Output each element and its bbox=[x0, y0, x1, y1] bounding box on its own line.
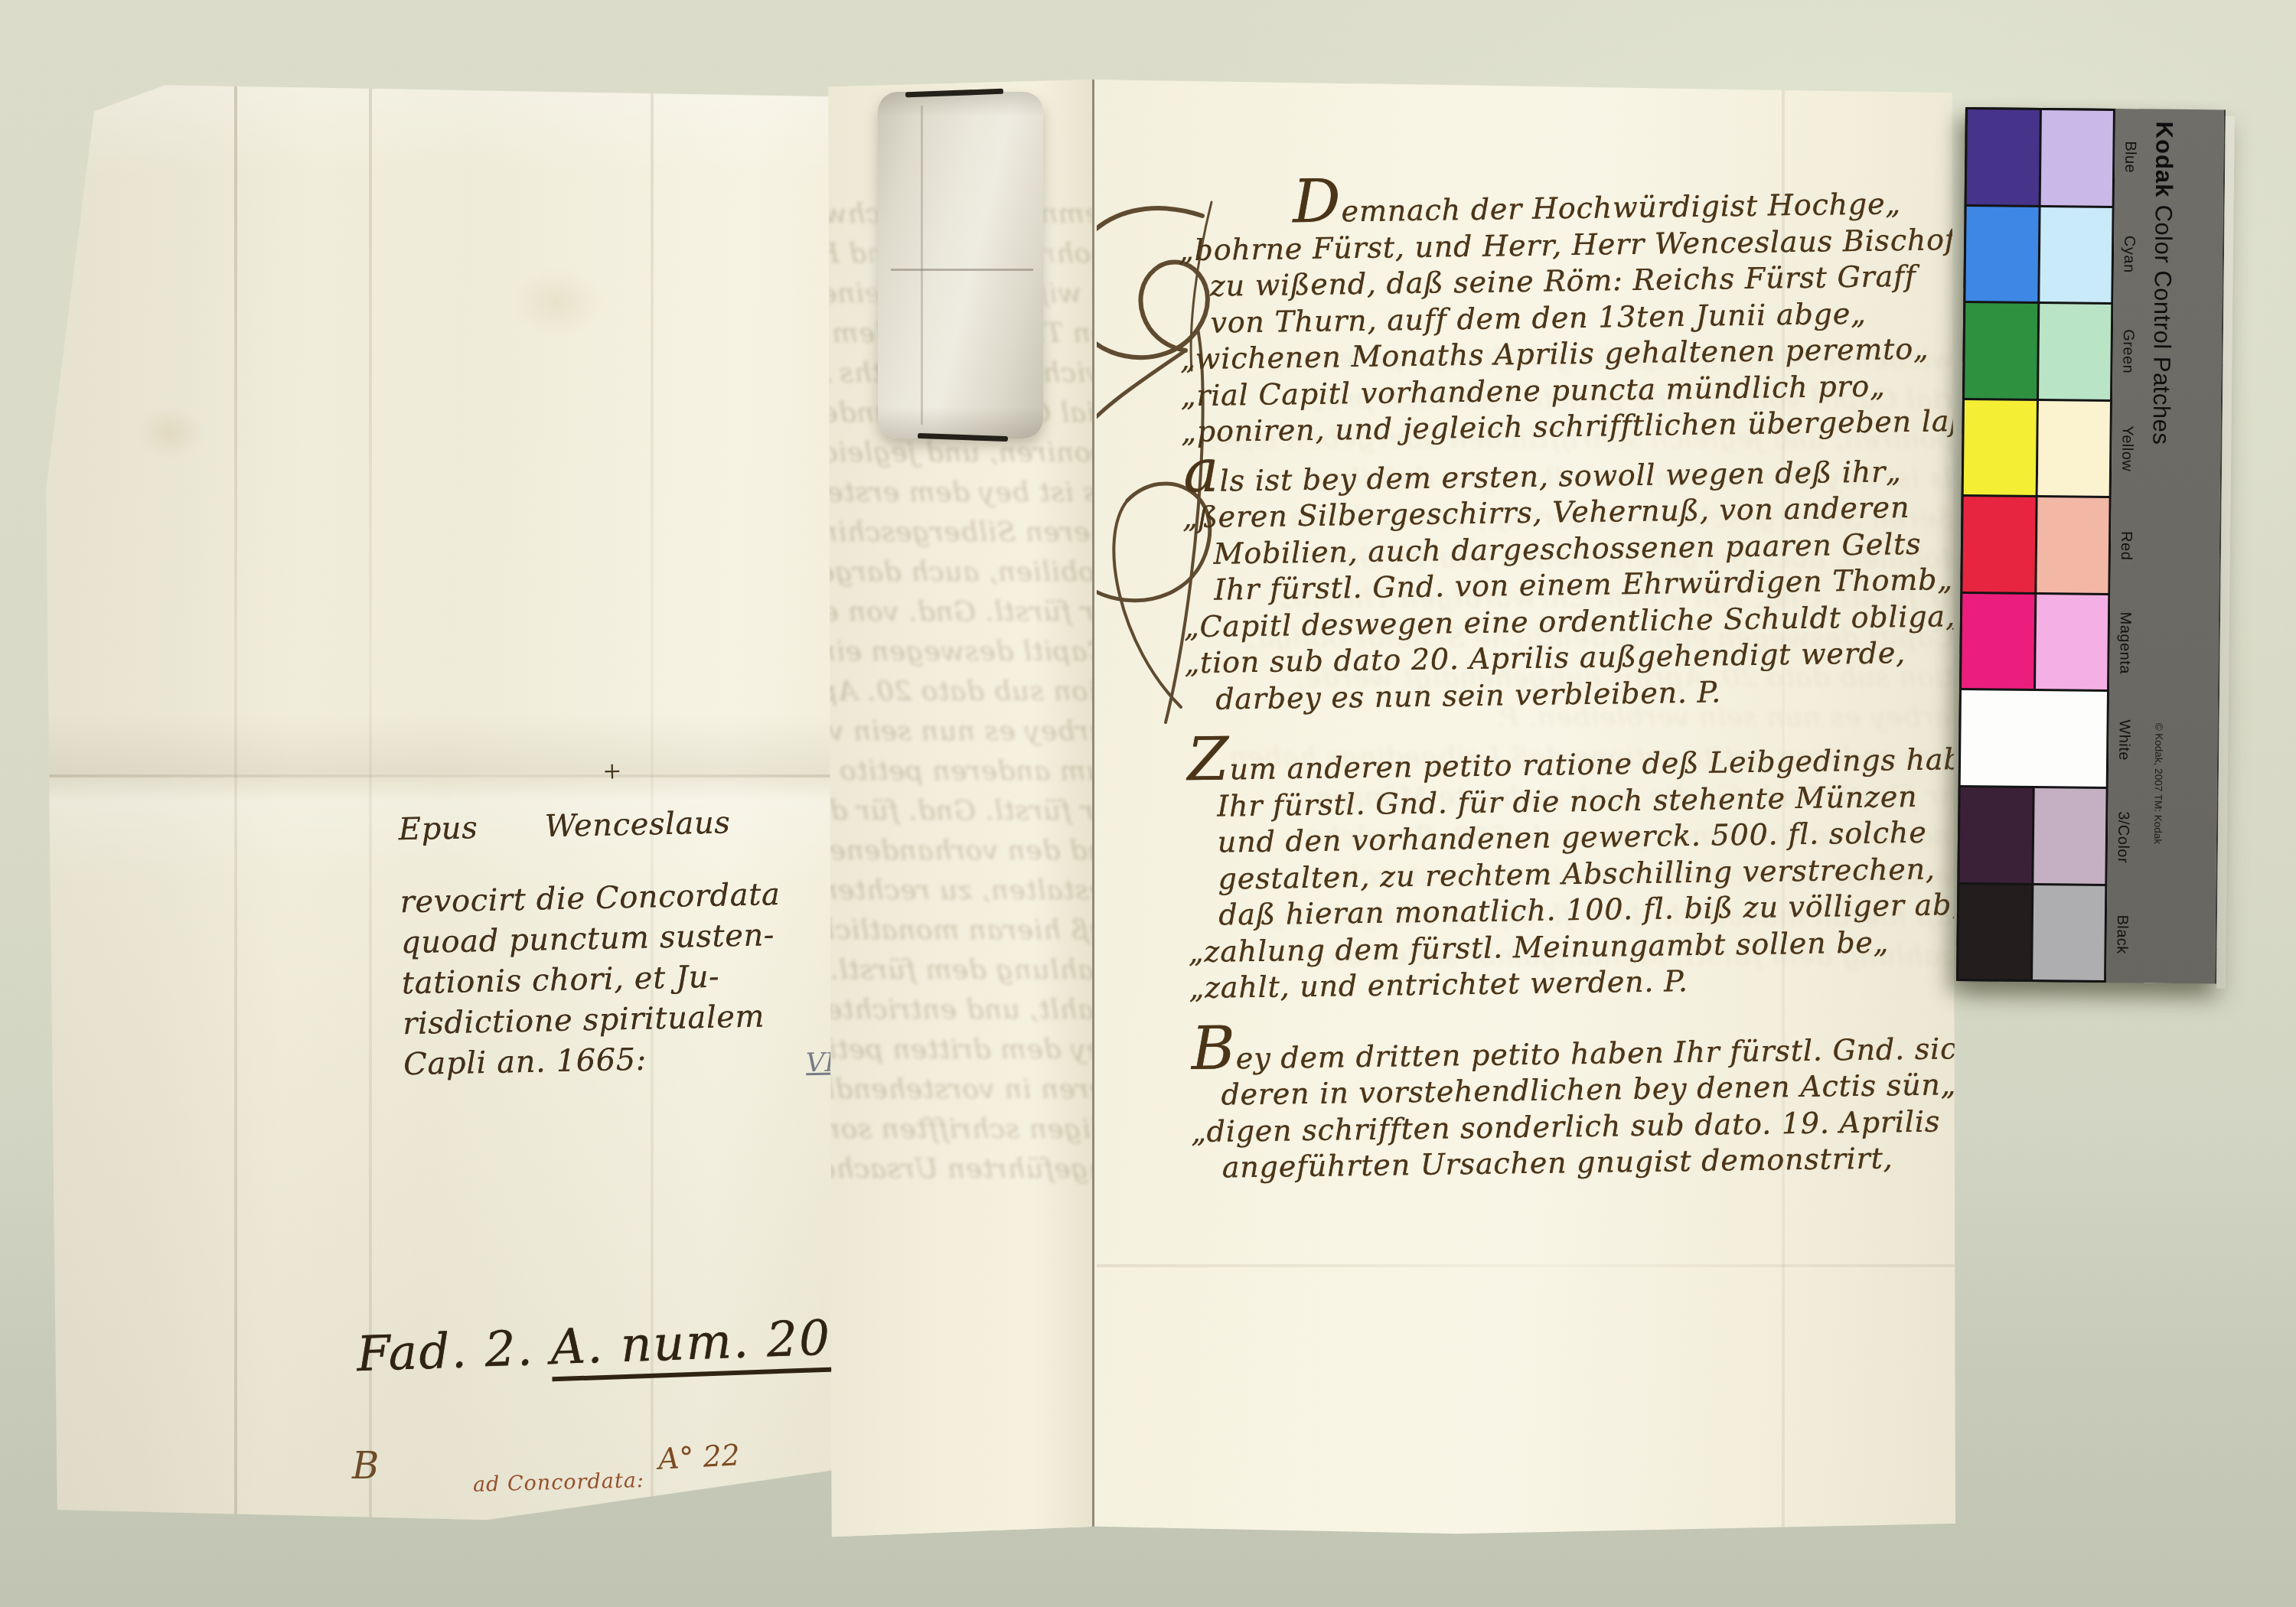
patch-label-yellow: Yellow bbox=[2118, 425, 2136, 471]
seal-seam bbox=[921, 106, 923, 425]
color-patch-row bbox=[1962, 497, 2108, 595]
color-patch-black-light bbox=[2033, 885, 2105, 980]
dorsal-title-block: + Epus Wenceslausrevocirt die Concordata… bbox=[398, 800, 863, 1085]
patch-label-white: White bbox=[2115, 719, 2133, 761]
bleedthrough-line: darbey es nun sein verbleiben. P. bbox=[825, 712, 1094, 751]
color-patch-green-dark bbox=[1965, 303, 2040, 399]
cross-mark: + bbox=[602, 758, 622, 785]
color-patch-row bbox=[1958, 884, 2105, 980]
bleedthrough-line: „tion sub dato 20. Aprilis außgehendigt … bbox=[825, 672, 1094, 712]
bleedthrough-line: und den vorhandenen gewerck. 500. fl. so… bbox=[825, 831, 1094, 871]
patch-label-magenta: Magenta bbox=[2115, 611, 2134, 674]
bleedthrough-line: „zahlt, und entrichtet werden. P. bbox=[825, 990, 1094, 1030]
color-patch-red-dark bbox=[1962, 497, 2037, 592]
patch-label-green: Green bbox=[2118, 329, 2137, 373]
fold-crease-horizontal bbox=[44, 774, 848, 777]
color-patch-cyan-dark bbox=[1965, 207, 2040, 302]
bleedthrough-line: angeführten Ursachen gnugist demonstrirt… bbox=[825, 1149, 1094, 1189]
color-patch-green-light bbox=[2039, 304, 2112, 399]
stain bbox=[511, 268, 603, 337]
patch-label-blue: Blue bbox=[2121, 142, 2138, 174]
kodak-color-control-strip: BlueCyanGreenYellowRedMagentaWhite3/Colo… bbox=[1956, 107, 2226, 983]
color-patch-blue-light bbox=[2040, 110, 2113, 206]
color-patch-3/color-dark bbox=[1959, 787, 2034, 883]
bleedthrough-line: „ßeren Silbergeschirrs, Vehernuß, von an… bbox=[825, 513, 1094, 553]
kodak-wordmark: Kodak bbox=[2151, 122, 2178, 198]
left-folded-document: + Epus Wenceslausrevocirt die Concordata… bbox=[44, 77, 848, 1524]
bleedthrough-line: Mobilien, auch dargeschossenen paaren Ge… bbox=[825, 553, 1094, 592]
strip-title: Color Control Patches bbox=[2148, 197, 2177, 445]
dorsal-title-line: Epus Wenceslaus bbox=[398, 800, 858, 851]
stain bbox=[136, 406, 205, 459]
bleedthrough-line: Bey dem dritten petito haben Ihr fürstl.… bbox=[825, 1030, 1094, 1070]
shelfmark-underlined: A. num. 20: bbox=[550, 1309, 850, 1382]
bleedthrough-line: daß hieran monatlich. 100. fl. biß zu vö… bbox=[825, 911, 1094, 950]
patch-label-black: Black bbox=[2112, 914, 2131, 954]
color-patch-magenta-dark bbox=[1962, 594, 2037, 689]
color-patch-row bbox=[1959, 787, 2105, 886]
bleedthrough-line: gestalten, zu rechtem Abschilling verstr… bbox=[825, 871, 1094, 911]
paper-seal-band bbox=[878, 92, 1043, 438]
dorsal-title-lines: Epus Wenceslausrevocirt die Concordataqu… bbox=[398, 800, 863, 1085]
manuscript-line: Demnach der Hochwürdigist Hochge„ bbox=[1293, 172, 1955, 231]
color-patch-row bbox=[1961, 690, 2107, 789]
color-patch-row bbox=[1964, 400, 2110, 499]
patch-label-red: Red bbox=[2117, 531, 2135, 560]
color-patch-yellow-dark bbox=[1964, 400, 2039, 496]
patch-label-cyan: Cyan bbox=[2120, 236, 2138, 273]
color-patch-cyan-light bbox=[2040, 207, 2112, 303]
dorsal-title-line: Capli an. 1665: bbox=[403, 1035, 863, 1086]
patch-label-column: BlueCyanGreenYellowRedMagentaWhite3/Colo… bbox=[2115, 109, 2224, 109]
kodak-copyright: © Kodak, 2007 TM: Kodak bbox=[2152, 723, 2165, 844]
color-patch-blue-dark bbox=[1967, 109, 2042, 205]
bleedthrough-line: Ihr fürstl. Gnd. von einem Ehrwürdigen T… bbox=[825, 592, 1094, 632]
color-patch-row bbox=[1962, 594, 2108, 693]
numbering-monogram: A° 22 bbox=[657, 1438, 741, 1476]
shelfmark-prefix: Fad. 2. bbox=[356, 1319, 552, 1382]
bleedthrough-line: deren in vorstehendlichen bey denen Acti… bbox=[825, 1070, 1094, 1110]
color-patch-row bbox=[1965, 207, 2112, 305]
shelfmark: Fad. 2. A. num. 20: bbox=[356, 1309, 850, 1382]
corner-letter: B bbox=[352, 1445, 379, 1488]
fold-crease-vertical bbox=[651, 77, 654, 1524]
color-patch-row bbox=[1967, 109, 2113, 208]
color-patch-black-dark bbox=[1958, 884, 2033, 980]
kodak-brand-text: Kodak Color Control Patches bbox=[2147, 122, 2177, 445]
manuscript-text-block: Demnach der Hochwürdigist Hochge„„bohrne… bbox=[1178, 172, 1955, 1187]
color-patch-row bbox=[1965, 303, 2111, 402]
bleedthrough-line: als ist bey dem ersten, sowoll wegen deß… bbox=[825, 473, 1094, 513]
color-patch-grid bbox=[1956, 107, 2115, 983]
kodak-gray-bar: BlueCyanGreenYellowRedMagentaWhite3/Colo… bbox=[2106, 109, 2226, 983]
color-patch-3/color-light bbox=[2033, 788, 2106, 884]
recto-page: „wichenen Monaths Aprilis gehaltenen per… bbox=[1097, 80, 1955, 1540]
bleedthrough-line: „zahlung dem fürstl. Meinungambt sollen … bbox=[825, 950, 1094, 990]
bleedthrough-line: „Capitl deswegen eine ordentliche Schuld… bbox=[825, 632, 1094, 672]
archivist-red-note: ad Concordata: bbox=[473, 1468, 645, 1497]
color-patch-yellow-light bbox=[2037, 401, 2110, 497]
bleedthrough-line: „digen schrifften sonderlich sub dato. 1… bbox=[825, 1110, 1094, 1149]
archival-photo-stage: + Epus Wenceslausrevocirt die Concordata… bbox=[0, 0, 2296, 1607]
bleedthrough-line: Ihr fürstl. Gnd. für die noch stehente M… bbox=[825, 791, 1094, 831]
color-patch-red-light bbox=[2037, 497, 2109, 593]
color-patch-white-dark bbox=[1961, 690, 2107, 787]
fold-crease-vertical bbox=[369, 77, 372, 1524]
color-patch-magenta-light bbox=[2036, 595, 2108, 690]
bleedthrough-line: Zum anderen petito ratione deß Leibgedin… bbox=[825, 751, 1094, 791]
fold-crease-vertical bbox=[234, 77, 237, 1524]
patch-label-3/color: 3/Color bbox=[2114, 811, 2132, 863]
seal-seam bbox=[891, 269, 1033, 271]
